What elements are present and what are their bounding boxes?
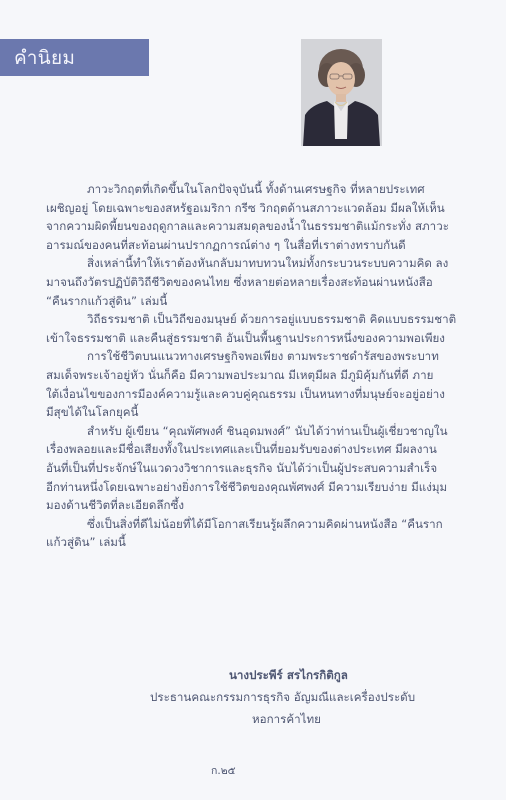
paragraph-1-line-4: อารมณ์ของคนที่สะท้อนผ่านปรากฏการณ์ต่าง ๆ… (46, 236, 470, 255)
paragraph-4-line-4: มีสุขได้ในโลกยุคนี้ (46, 403, 470, 422)
paragraph-6-line-1: ซึ่งเป็นสิ่งที่ดีไม่น้อยที่ได้มีโอกาสเรี… (46, 515, 470, 534)
paragraph-6-line-2: แก้วสู่ดิน” เล่มนี้ (46, 533, 470, 552)
paragraph-4-line-2: สมเด็จพระเจ้าอยู่หัว นั่นก็คือ มีความพอป… (46, 366, 470, 385)
signatory-name: นางประพีร์ สรไกรกิติกูล (229, 664, 348, 686)
portrait-photo (301, 39, 382, 146)
paragraph-5-line-1: สำหรับ ผู้เขียน “คุณพัศพงศ์ ชินอุดมพงศ์”… (46, 422, 470, 441)
page-number: ก.๒๕ (211, 762, 236, 779)
paragraph-5-line-4: อีกท่านหนึ่งโดยเฉพาะอย่างยิ่งการใช้ชีวิต… (46, 478, 470, 497)
signatory-title: ประธานคณะกรรมการธุรกิจ อัญมณีและเครื่องป… (150, 686, 415, 708)
section-title: คำนิยม (14, 43, 75, 73)
foreword-body: ภาวะวิกฤตที่เกิดขึ้นในโลกปัจจุบันนี้ ทั้… (46, 180, 470, 552)
paragraph-5-line-5: มองด้านชีวิตที่ละเอียดลึกซึ้ง (46, 496, 470, 515)
paragraph-1-line-2: เผชิญอยู่ โดยเฉพาะของสหรัฐอเมริกา กรีซ ว… (46, 199, 470, 218)
paragraph-1-line-3: จากความผิดพี้ยนของฤดูกาลและความสมดุลของน… (46, 217, 470, 236)
signatory-organization: หอการค้าไทย (252, 708, 321, 730)
paragraph-2-line-1: สิ่งเหล่านี้ทำให้เราต้องหันกลับมาทบทวนให… (46, 254, 470, 273)
paragraph-3-line-2: เข้าใจธรรมชาติ และคืนสู่ธรรมชาติ อันเป็น… (46, 329, 470, 348)
paragraph-5-line-3: อันที่เป็นที่ประจักษ์ในแวดวงวิชาการและธุ… (46, 459, 470, 478)
paragraph-1-line-1: ภาวะวิกฤตที่เกิดขึ้นในโลกปัจจุบันนี้ ทั้… (46, 180, 470, 199)
paragraph-4-line-1: การใช้ชีวิตบนแนวทางเศรษฐกิจพอเพียง ตามพร… (46, 347, 470, 366)
paragraph-4-line-3: ใต้เงื่อนไขของการมีองค์ความรู้และควบคู่ค… (46, 385, 470, 404)
paragraph-2-line-3: “คืนรากแก้วสู่ดิน” เล่มนี้ (46, 292, 470, 311)
paragraph-5-line-2: เรื่องพลอยและมีชื่อเสียงทั้งในประเทศและเ… (46, 440, 470, 459)
portrait-image-icon (301, 39, 382, 146)
paragraph-2-line-2: มาจนถึงวัตรปฏิบัติวิถีชีวิตของคนไทย ซึ่ง… (46, 273, 470, 292)
section-header: คำนิยม (0, 39, 149, 76)
paragraph-3-line-1: วิถีธรรมชาติ เป็นวิถีของมนุษย์ ด้วยการอย… (46, 310, 470, 329)
